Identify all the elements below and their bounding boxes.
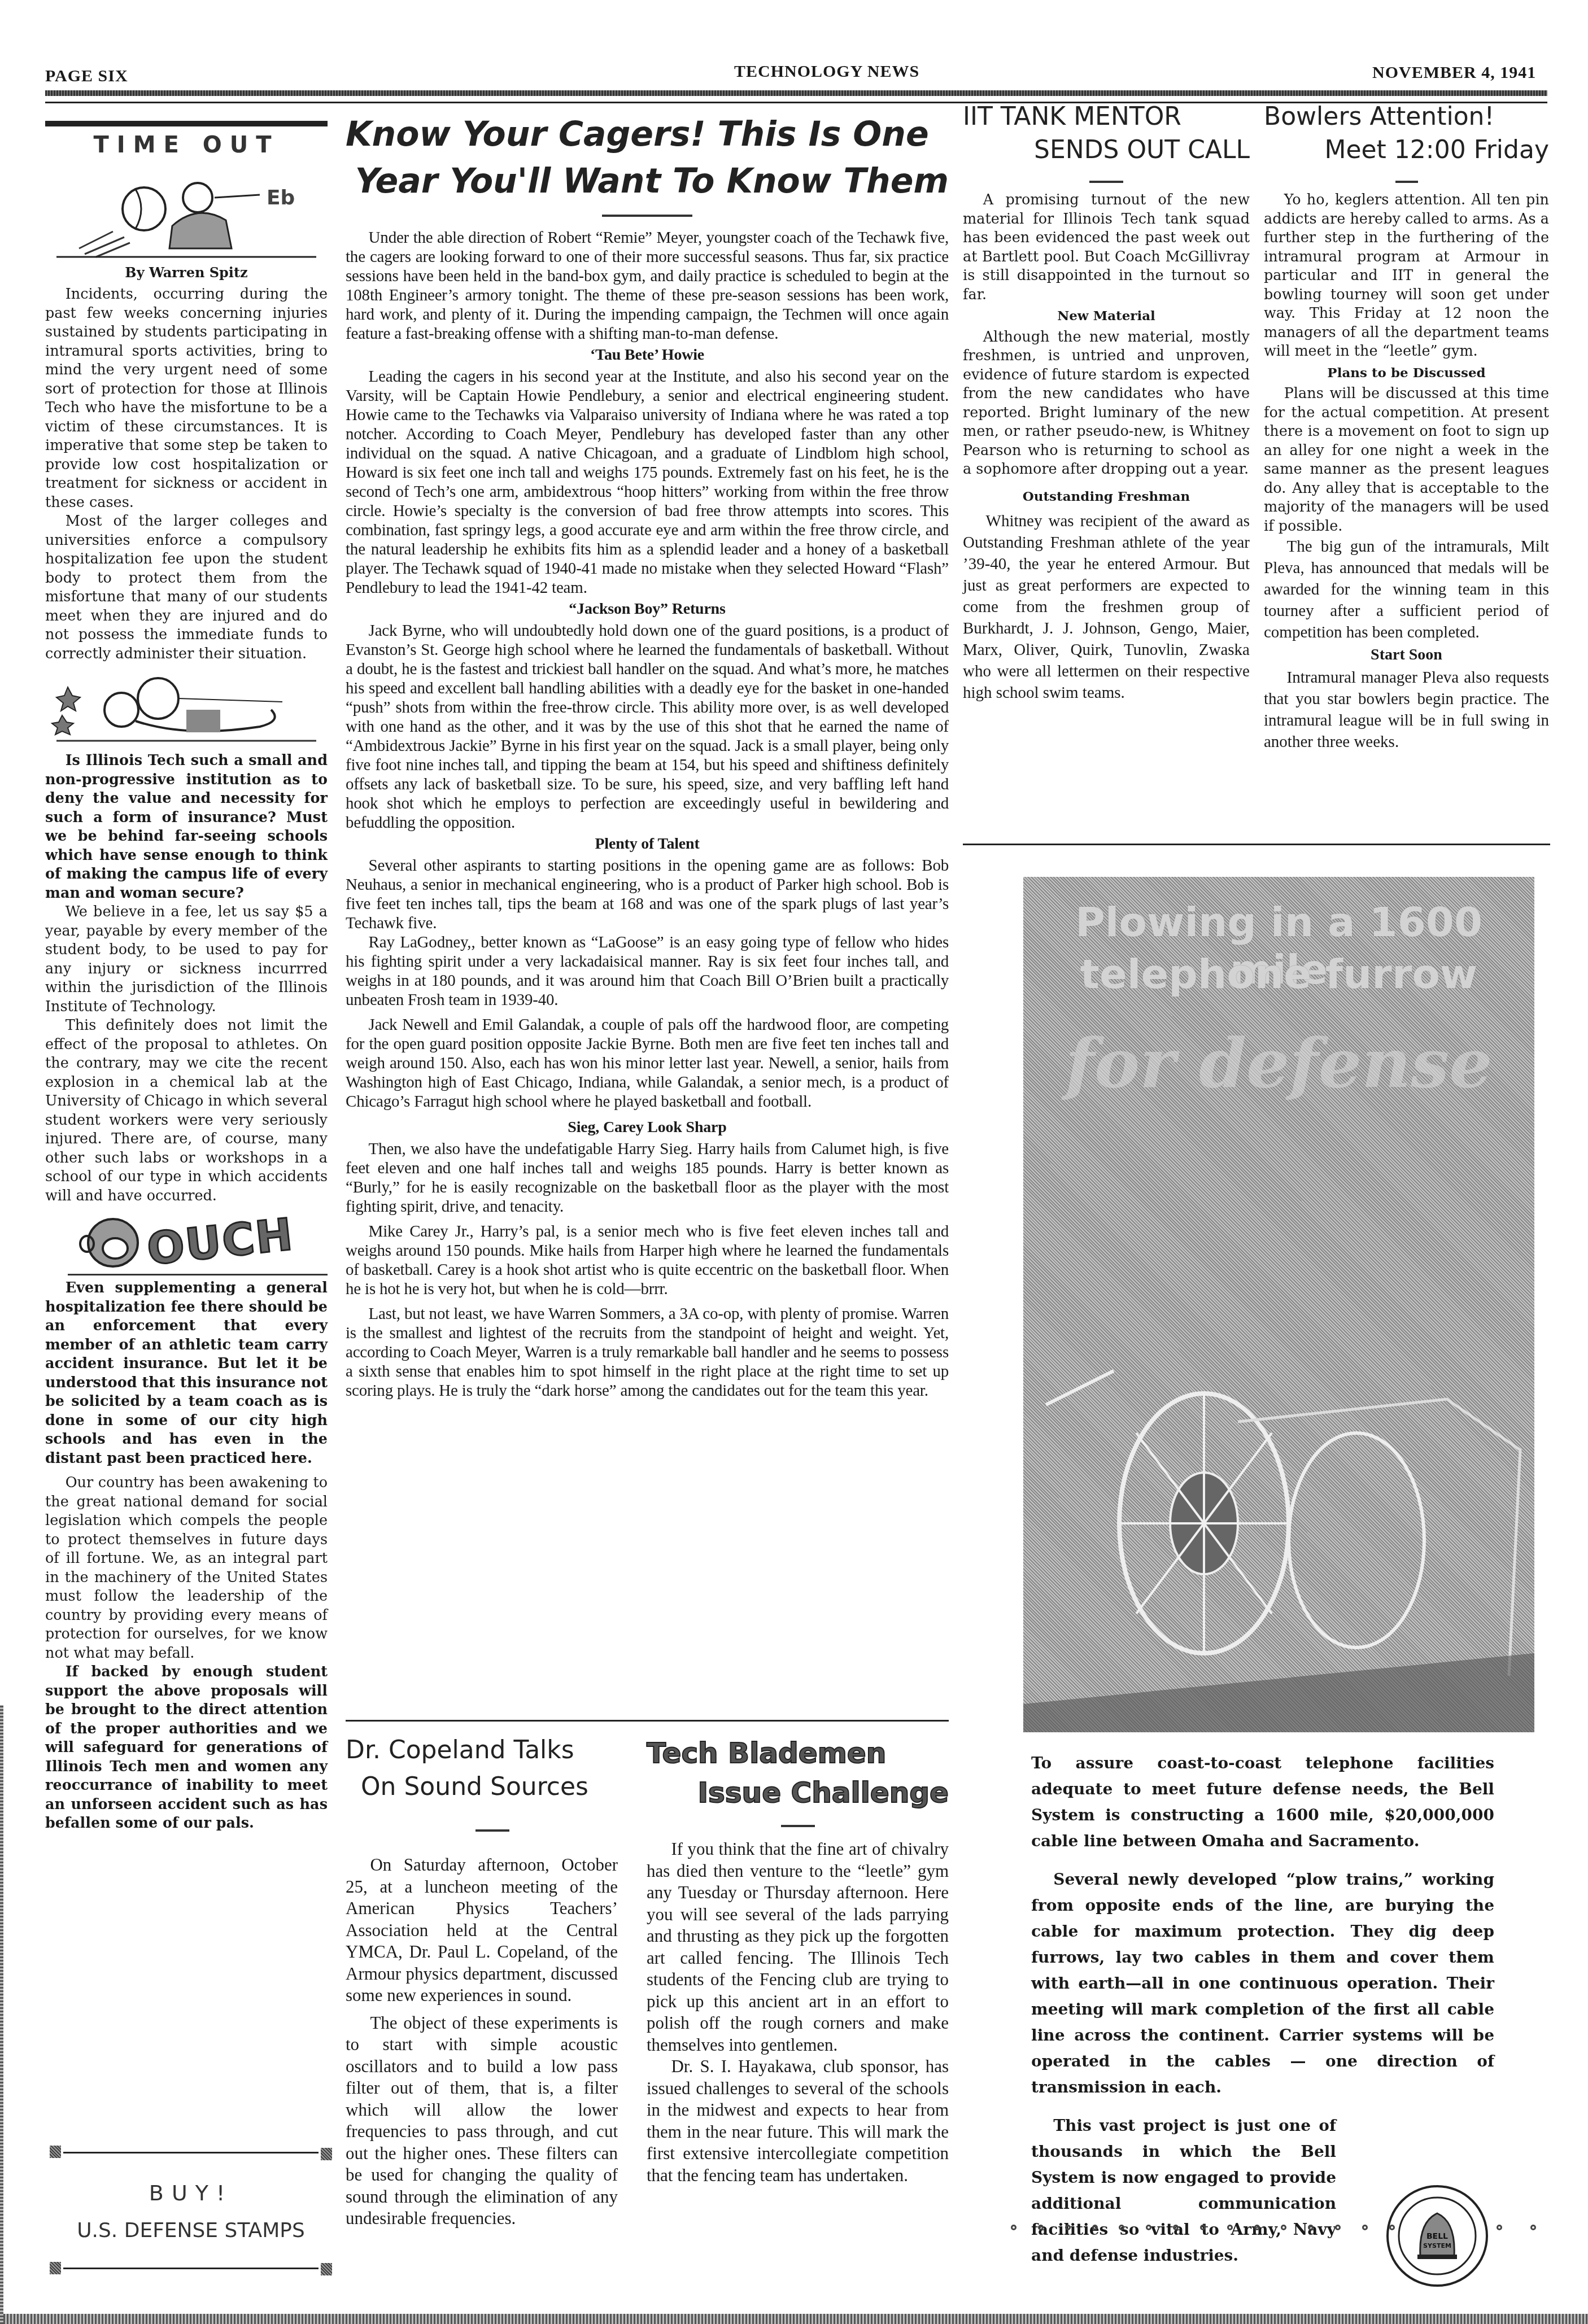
headline-line-1: Tech Blademen bbox=[647, 1733, 949, 1773]
dot-ornament bbox=[1389, 2225, 1395, 2230]
paragraph: Leading the cagers in his second year at… bbox=[346, 367, 949, 597]
ad-photo-cable-plow: Plowing in a 1600 mile telephone furrow … bbox=[1023, 877, 1534, 1732]
bell-system-seal-icon: BELL SYSTEM bbox=[1384, 2182, 1491, 2290]
stamps-buy-label: BUY! bbox=[50, 2181, 332, 2205]
article-body: We believe in a fee, let us say $5 a yea… bbox=[45, 903, 328, 1205]
dot-ornament bbox=[1065, 2225, 1071, 2230]
ad-paragraph: Several newly developed “plow trains,” w… bbox=[1031, 1867, 1494, 2100]
newspaper-title: TECHNOLOGY NEWS bbox=[734, 62, 919, 81]
svg-text:SYSTEM: SYSTEM bbox=[1423, 2242, 1451, 2249]
article-body: A promising turnout of the new material … bbox=[963, 191, 1250, 704]
blademen-article: Tech Blademen Issue Challenge If you thi… bbox=[647, 1733, 949, 2186]
paragraph: Is Illinois Tech such a small and non-pr… bbox=[45, 752, 328, 903]
ad-border-dots bbox=[1011, 2225, 1395, 2230]
subhead: “Jackson Boy” Returns bbox=[346, 600, 949, 619]
headline-divider bbox=[602, 215, 692, 217]
dot-ornament bbox=[1281, 2225, 1286, 2230]
paragraph: Jack Newell and Emil Galandak, a couple … bbox=[346, 1015, 949, 1111]
headline-line-2: Year You'll Want To Know Them bbox=[346, 157, 949, 206]
copeland-article: Dr. Copeland Talks On Sound Sources On S… bbox=[346, 1733, 639, 2230]
headline-line-1: Bowlers Attention! bbox=[1264, 101, 1549, 133]
paragraph: The big gun of the intramurals, Milt Ple… bbox=[1264, 536, 1549, 643]
tank-article: IIT TANK MENTOR SENDS OUT CALL A promisi… bbox=[963, 101, 1250, 704]
page-number: PAGE SIX bbox=[45, 67, 128, 86]
headline-line-2: SENDS OUT CALL bbox=[963, 133, 1250, 167]
dot-ornament bbox=[1200, 2225, 1206, 2230]
column-box-top-rule bbox=[45, 121, 328, 126]
paragraph: Plans will be discussed at this time for… bbox=[1264, 385, 1549, 536]
dot-ornament bbox=[1497, 2225, 1502, 2230]
dot-ornament bbox=[1254, 2225, 1260, 2230]
cable-reel-plow-icon bbox=[1023, 1337, 1534, 1732]
paragraph: Most of the larger colleges and universi… bbox=[45, 512, 328, 663]
dot-ornament bbox=[1530, 2225, 1536, 2230]
headline-divider bbox=[781, 1825, 815, 1827]
dot-ornament bbox=[1227, 2225, 1233, 2230]
ad-photo-title: telephone furrow bbox=[1023, 950, 1534, 998]
headline-divider bbox=[1395, 181, 1418, 183]
dot-ornament bbox=[1011, 2225, 1017, 2230]
column-title: TIME OUT bbox=[45, 132, 328, 158]
headline-line-1: Dr. Copeland Talks bbox=[346, 1733, 639, 1767]
subhead: Sieg, Carey Look Sharp bbox=[346, 1118, 949, 1137]
svg-text:Eb: Eb bbox=[267, 186, 295, 209]
headline-line-1: Know Your Cagers! This Is One bbox=[346, 112, 949, 157]
ad-photo-script: for defense bbox=[1023, 1024, 1534, 1103]
ad-border-dots bbox=[1497, 2225, 1536, 2230]
dot-ornament bbox=[1092, 2225, 1098, 2230]
time-out-column: TIME OUT Eb By Warren Spitz Incidents, o… bbox=[45, 113, 328, 1833]
paragraph: Even supplementing a general hospitaliza… bbox=[45, 1279, 328, 1468]
dot-ornament bbox=[1335, 2225, 1341, 2230]
divider bbox=[68, 1274, 328, 1275]
paragraph: Yo ho, keglers attention. All ten pin ad… bbox=[1264, 191, 1549, 361]
subhead: New Material bbox=[963, 307, 1250, 326]
ouch-cartoon: OUCH bbox=[45, 1213, 328, 1275]
headline-line-2: Issue Challenge bbox=[647, 1773, 949, 1812]
issue-date: NOVEMBER 4, 1941 bbox=[1372, 63, 1536, 82]
article-body: Yo ho, keglers attention. All ten pin ad… bbox=[1264, 191, 1549, 753]
headline-divider bbox=[475, 1829, 509, 1832]
paragraph: Last, but not least, we have Warren Somm… bbox=[346, 1304, 949, 1400]
paragraph: This definitely does not limit the effec… bbox=[45, 1016, 328, 1205]
subhead: Outstanding Freshman bbox=[963, 487, 1250, 506]
ad-paragraph: To assure coast-to-coast telephone facil… bbox=[1031, 1750, 1494, 1854]
headline-line-1: IIT TANK MENTOR bbox=[963, 101, 1250, 133]
crying-face-icon bbox=[79, 1213, 147, 1270]
headline-line-2: On Sound Sources bbox=[346, 1767, 639, 1807]
defense-stamps-box: BUY! U.S. DEFENSE STAMPS bbox=[50, 2146, 332, 2275]
paragraph: Mike Carey Jr., Harry’s pal, is a senior… bbox=[346, 1222, 949, 1299]
article-body: If you think that the fine art of chival… bbox=[647, 1838, 949, 2186]
paragraph: A promising turnout of the new material … bbox=[963, 191, 1250, 304]
stamps-label: U.S. DEFENSE STAMPS bbox=[50, 2219, 332, 2242]
paragraph: On Saturday afternoon, October 25, at a … bbox=[346, 1854, 618, 2007]
bold-paragraph: Is Illinois Tech such a small and non-pr… bbox=[45, 752, 328, 903]
article-body: On Saturday afternoon, October 25, at a … bbox=[346, 1854, 618, 2230]
subhead: Plans to be Discussed bbox=[1264, 364, 1549, 383]
paragraph: Dr. S. I. Hayakawa, club sponsor, has is… bbox=[647, 2056, 949, 2186]
corner-ornament bbox=[50, 2262, 61, 2274]
headline-divider bbox=[1089, 181, 1123, 183]
divider bbox=[63, 2268, 319, 2269]
subhead: ‘Tau Bete’ Howie bbox=[346, 346, 949, 365]
corner-ornament bbox=[321, 2263, 332, 2275]
paragraph: Although the new material, mostly freshm… bbox=[963, 328, 1250, 479]
bold-paragraph: If backed by enough student support the … bbox=[45, 1663, 328, 1833]
cagers-article: Know Your Cagers! This Is One Year You'l… bbox=[346, 112, 949, 1400]
paragraph: Several other aspirants to starting posi… bbox=[346, 856, 949, 933]
knocked-down-player-cartoon-icon bbox=[45, 676, 328, 744]
article-body: Incidents, occurring during the past few… bbox=[45, 285, 328, 663]
headline-line-2: Meet 12:00 Friday bbox=[1264, 133, 1549, 167]
paragraph: Intramural manager Pleva also requests t… bbox=[1264, 667, 1549, 753]
paragraph: Jack Byrne, who will undoubtedly hold do… bbox=[346, 621, 949, 832]
section-divider bbox=[346, 1720, 949, 1722]
paragraph: We believe in a fee, let us say $5 a yea… bbox=[45, 903, 328, 1016]
corner-ornament bbox=[50, 2146, 61, 2158]
paragraph: Incidents, occurring during the past few… bbox=[45, 285, 328, 512]
divider bbox=[63, 2152, 319, 2153]
dot-ornament bbox=[1119, 2225, 1124, 2230]
paragraph: The object of these experiments is to st… bbox=[346, 2012, 618, 2230]
paragraph: If you think that the fine art of chival… bbox=[647, 1838, 949, 2056]
paragraph: Whitney was recipient of the award as Ou… bbox=[963, 510, 1250, 704]
dot-ornament bbox=[1362, 2225, 1368, 2230]
bowlers-article: Bowlers Attention! Meet 12:00 Friday Yo … bbox=[1264, 101, 1549, 753]
page-left-border bbox=[0, 1705, 3, 2324]
section-divider bbox=[963, 844, 1550, 845]
seal-center-text: BELL bbox=[1426, 2232, 1448, 2241]
subhead: Plenty of Talent bbox=[346, 835, 949, 854]
paragraph: Then, we also have the undefatigable Har… bbox=[346, 1139, 949, 1216]
subhead: Start Soon bbox=[1264, 645, 1549, 665]
paragraph: Ray LaGodney,, better known as “LaGoose”… bbox=[346, 933, 949, 1010]
bold-paragraph: Even supplementing a general hospitaliza… bbox=[45, 1279, 328, 1468]
paragraph: If backed by enough student support the … bbox=[45, 1663, 328, 1833]
paragraph: Under the able direction of Robert “Remi… bbox=[346, 228, 949, 343]
dot-ornament bbox=[1146, 2225, 1151, 2230]
paragraph: Our country has been awakening to the gr… bbox=[45, 1474, 328, 1663]
masthead-rule bbox=[45, 90, 1547, 96]
corner-ornament bbox=[321, 2148, 332, 2160]
ad-paragraph: This vast project is just one of thousan… bbox=[1031, 2113, 1336, 2269]
article-body: Our country has been awakening to the gr… bbox=[45, 1474, 328, 1663]
dot-ornament bbox=[1173, 2225, 1179, 2230]
ouch-label: OUCH bbox=[145, 1209, 296, 1275]
basketball-player-cartoon-icon: Eb bbox=[45, 164, 328, 260]
dot-ornament bbox=[1038, 2225, 1044, 2230]
page-bottom-border bbox=[0, 2314, 1588, 2324]
dot-ornament bbox=[1308, 2225, 1314, 2230]
article-body: Under the able direction of Robert “Remi… bbox=[346, 228, 949, 1400]
byline: By Warren Spitz bbox=[45, 264, 328, 281]
